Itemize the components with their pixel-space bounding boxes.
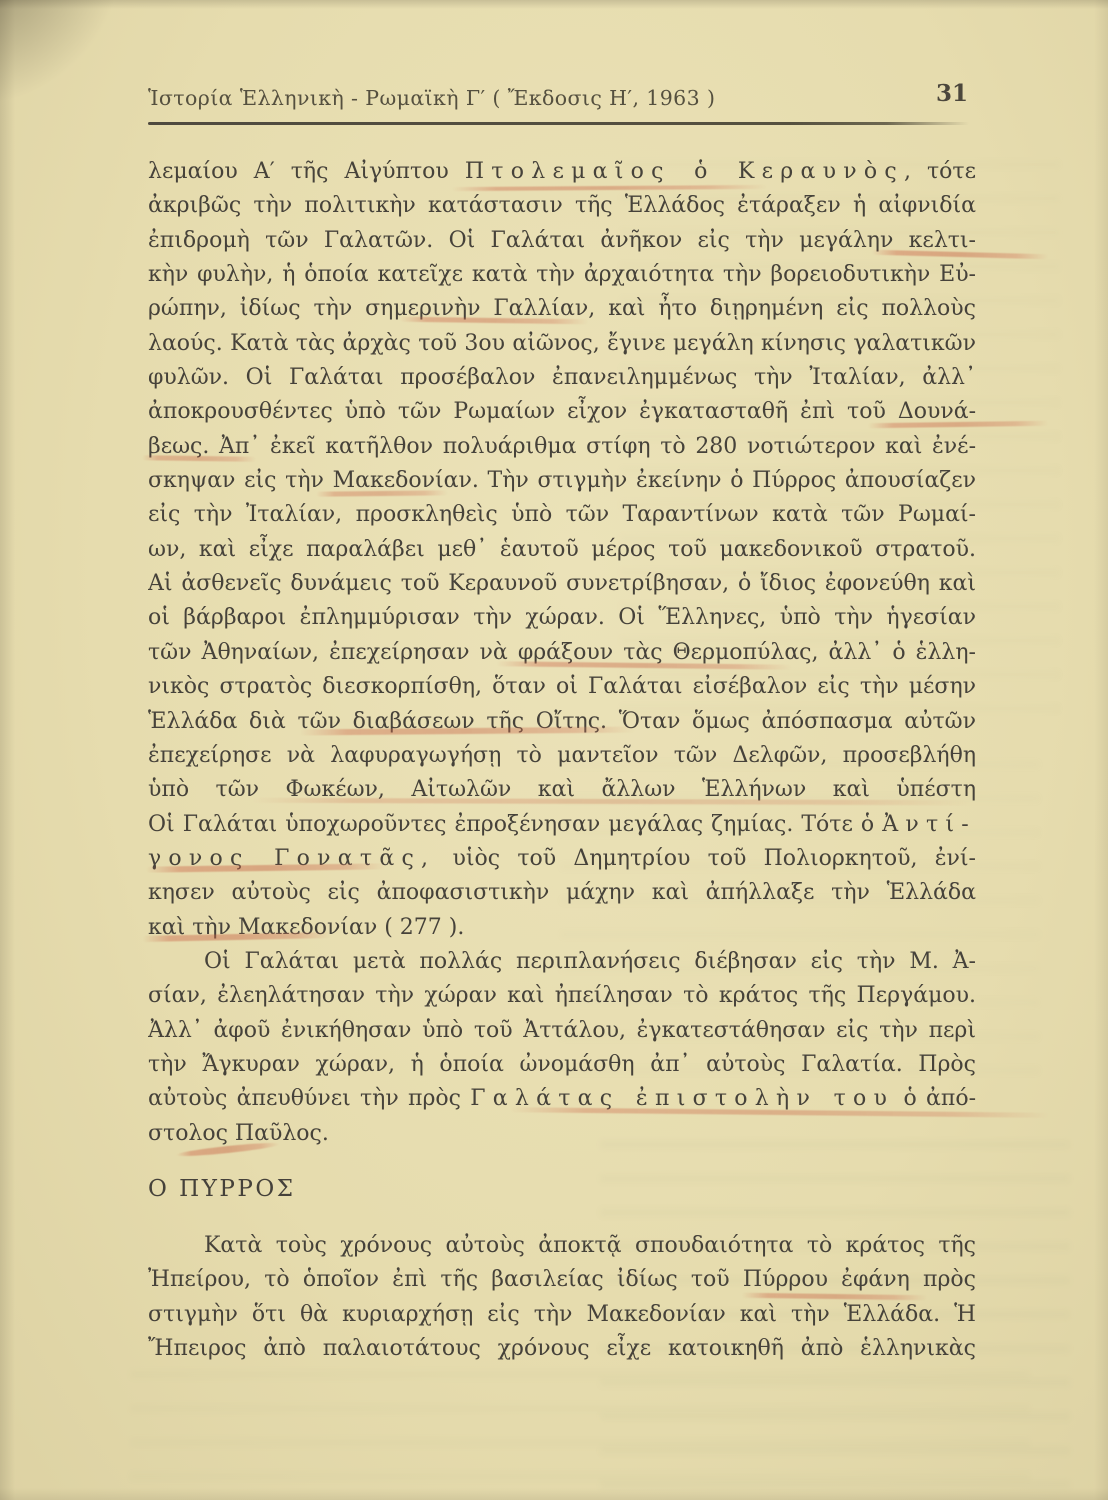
line-spaced: Γαλάτας ἐπιστολὴν του bbox=[470, 1086, 894, 1111]
text-line: λεμαίου Α′ τῆς Αἰγύπτου Πτολεμαῖος ὁ Κερ… bbox=[148, 155, 976, 189]
text-line: ὑπὸ τῶν Φωκέων, Αἰτωλῶν καὶ ἄλλων Ἑλλήνω… bbox=[148, 773, 976, 807]
scanned-book-page: { "page": { "colors": { "paper": "#e6dca… bbox=[0, 0, 1108, 1500]
text-line: σίαν, ἐλεηλάτησαν τὴν χώραν καὶ ἠπείλησα… bbox=[148, 979, 976, 1013]
page-number: 31 bbox=[908, 80, 968, 107]
line-post: ὁ ἀπό- bbox=[894, 1086, 976, 1111]
text-line: κὴν φυλὴν, ἡ ὁποία κατεῖχε κατὰ τὴν ἀρχα… bbox=[148, 258, 976, 292]
text-line: τὴν Ἄγκυραν χώραν, ἡ ὁποία ὠνομάσθη ἀπ᾽ … bbox=[148, 1048, 976, 1082]
text-line: ἀποκρουσθέντες ὑπὸ τῶν Ρωμαίων εἶχον ἐγκ… bbox=[148, 395, 976, 429]
running-head-title: Ἱστορία Ἑλληνικὴ - Ρωμαϊκὴ Γ′ ( Ἔκδοσις … bbox=[148, 86, 976, 116]
text-line: Ἠπείρου, τὸ ὁποῖον ἐπὶ τῆς βασιλείας ἰδί… bbox=[148, 1263, 976, 1297]
text-line: λαούς. Κατὰ τὰς ἀρχὰς τοῦ 3ου αἰῶνος, ἔγ… bbox=[148, 327, 976, 361]
line-spaced: γονος Γονατᾶς, bbox=[148, 846, 435, 871]
line-post: υἱὸς τοῦ Δημητρίου τοῦ Πολιορκητοῦ, ἐνί- bbox=[435, 846, 976, 871]
text-line: καὶ τὴν Μακεδονίαν ( 277 ). bbox=[148, 911, 976, 945]
text-line: Κατὰ τοὺς χρόνους αὐτοὺς ἀποκτᾷ σπουδαιό… bbox=[148, 1229, 976, 1263]
text-line: ἐπεχείρησε νὰ λαφυραγωγήσῃ τὸ μαντεῖον τ… bbox=[148, 739, 976, 773]
body-text: λεμαίου Α′ τῆς Αἰγύπτου Πτολεμαῖος ὁ Κερ… bbox=[148, 155, 976, 1151]
text-line: φυλῶν. Οἱ Γαλάται προσέβαλον ἐπανειλημμέ… bbox=[148, 361, 976, 395]
text-line: στιγμὴν ὅτι θὰ κυριαρχήσῃ εἰς τὴν Μακεδο… bbox=[148, 1298, 976, 1332]
text-line: ρώπην, ἰδίως τὴν σημερινὴν Γαλλίαν, καὶ … bbox=[148, 292, 976, 326]
text-line: Ἤπειρος ἀπὸ παλαιοτάτους χρόνους εἶχε κα… bbox=[148, 1332, 976, 1366]
text-line: εἰς τὴν Ἰταλίαν, προσκληθεὶς ὑπὸ τῶν Ταρ… bbox=[148, 498, 976, 532]
text-line: ἐπιδρομὴ τῶν Γαλατῶν. Οἱ Γαλάται ἀνῆκον … bbox=[148, 224, 976, 258]
line-spaced: Πτολεμαῖος ὁ Κεραυνὸς bbox=[465, 159, 904, 184]
text-line: σκηψαν εἰς τὴν Μακεδονίαν. Τὴν στιγμὴν ἐ… bbox=[148, 464, 976, 498]
text-line: γονος Γονατᾶς, υἱὸς τοῦ Δημητρίου τοῦ Πο… bbox=[148, 842, 976, 876]
text-line: οἱ βάρβαροι ἐπλημμύρισαν τὴν χώραν. Οἱ Ἕ… bbox=[148, 601, 976, 635]
header-rule bbox=[148, 122, 969, 125]
body-text-paragraph-pyrrhos: Κατὰ τοὺς χρόνους αὐτοὺς ἀποκτᾷ σπουδαιό… bbox=[148, 1229, 976, 1366]
text-line: βεως. Ἀπ᾽ ἐκεῖ κατῆλθον πολυάριθμα στίφη… bbox=[148, 430, 976, 464]
text-line: ἀκριβῶς τὴν πολιτικὴν κατάστασιν τῆς Ἑλλ… bbox=[148, 189, 976, 223]
text-line: νικὸς στρατὸς διεσκορπίσθη, ὅταν οἱ Γαλά… bbox=[148, 670, 976, 704]
section-heading: Ο ΠΥΡΡΟΣ bbox=[148, 1176, 295, 1202]
line-post: , τότε bbox=[904, 159, 976, 184]
text-line: Οἱ Γαλάται μετὰ πολλάς περιπλανήσεις διέ… bbox=[148, 945, 976, 979]
bleed-through-texture bbox=[130, 1370, 1030, 1490]
line-spaced: Ἀντί- bbox=[882, 812, 976, 837]
line-pre: λεμαίου Α′ τῆς Αἰγύπτου bbox=[148, 159, 465, 184]
line-pre: Οἱ Γαλάται ὑποχωροῦντες ἐπροξένησαν μεγά… bbox=[148, 812, 882, 837]
text-line: αὐτοὺς ἀπευθύνει τὴν πρὸς Γαλάτας ἐπιστο… bbox=[148, 1082, 976, 1116]
text-line: Ἑλλάδα διὰ τῶν διαβάσεων τῆς Οἴτης. Ὅταν… bbox=[148, 705, 976, 739]
text-line: κησεν αὐτοὺς εἰς ἀποφασιστικὴν μάχην καὶ… bbox=[148, 876, 976, 910]
text-line: στολος Παῦλος. bbox=[148, 1117, 976, 1151]
text-line: τῶν Ἀθηναίων, ἐπεχείρησαν νὰ φράξουν τὰς… bbox=[148, 636, 976, 670]
line-pre: αὐτοὺς ἀπευθύνει τὴν πρὸς bbox=[148, 1086, 470, 1111]
text-line: Αἱ ἀσθενεῖς δυνάμεις τοῦ Κεραυνοῦ συνετρ… bbox=[148, 567, 976, 601]
text-line: Ἀλλ᾽ ἀφοῦ ἐνικήθησαν ὑπὸ τοῦ Ἀττάλου, ἐγ… bbox=[148, 1014, 976, 1048]
text-line: Οἱ Γαλάται ὑποχωροῦντες ἐπροξένησαν μεγά… bbox=[148, 808, 976, 842]
text-line: ων, καὶ εἶχε παραλάβει μεθ᾽ ἑαυτοῦ μέρος… bbox=[148, 533, 976, 567]
